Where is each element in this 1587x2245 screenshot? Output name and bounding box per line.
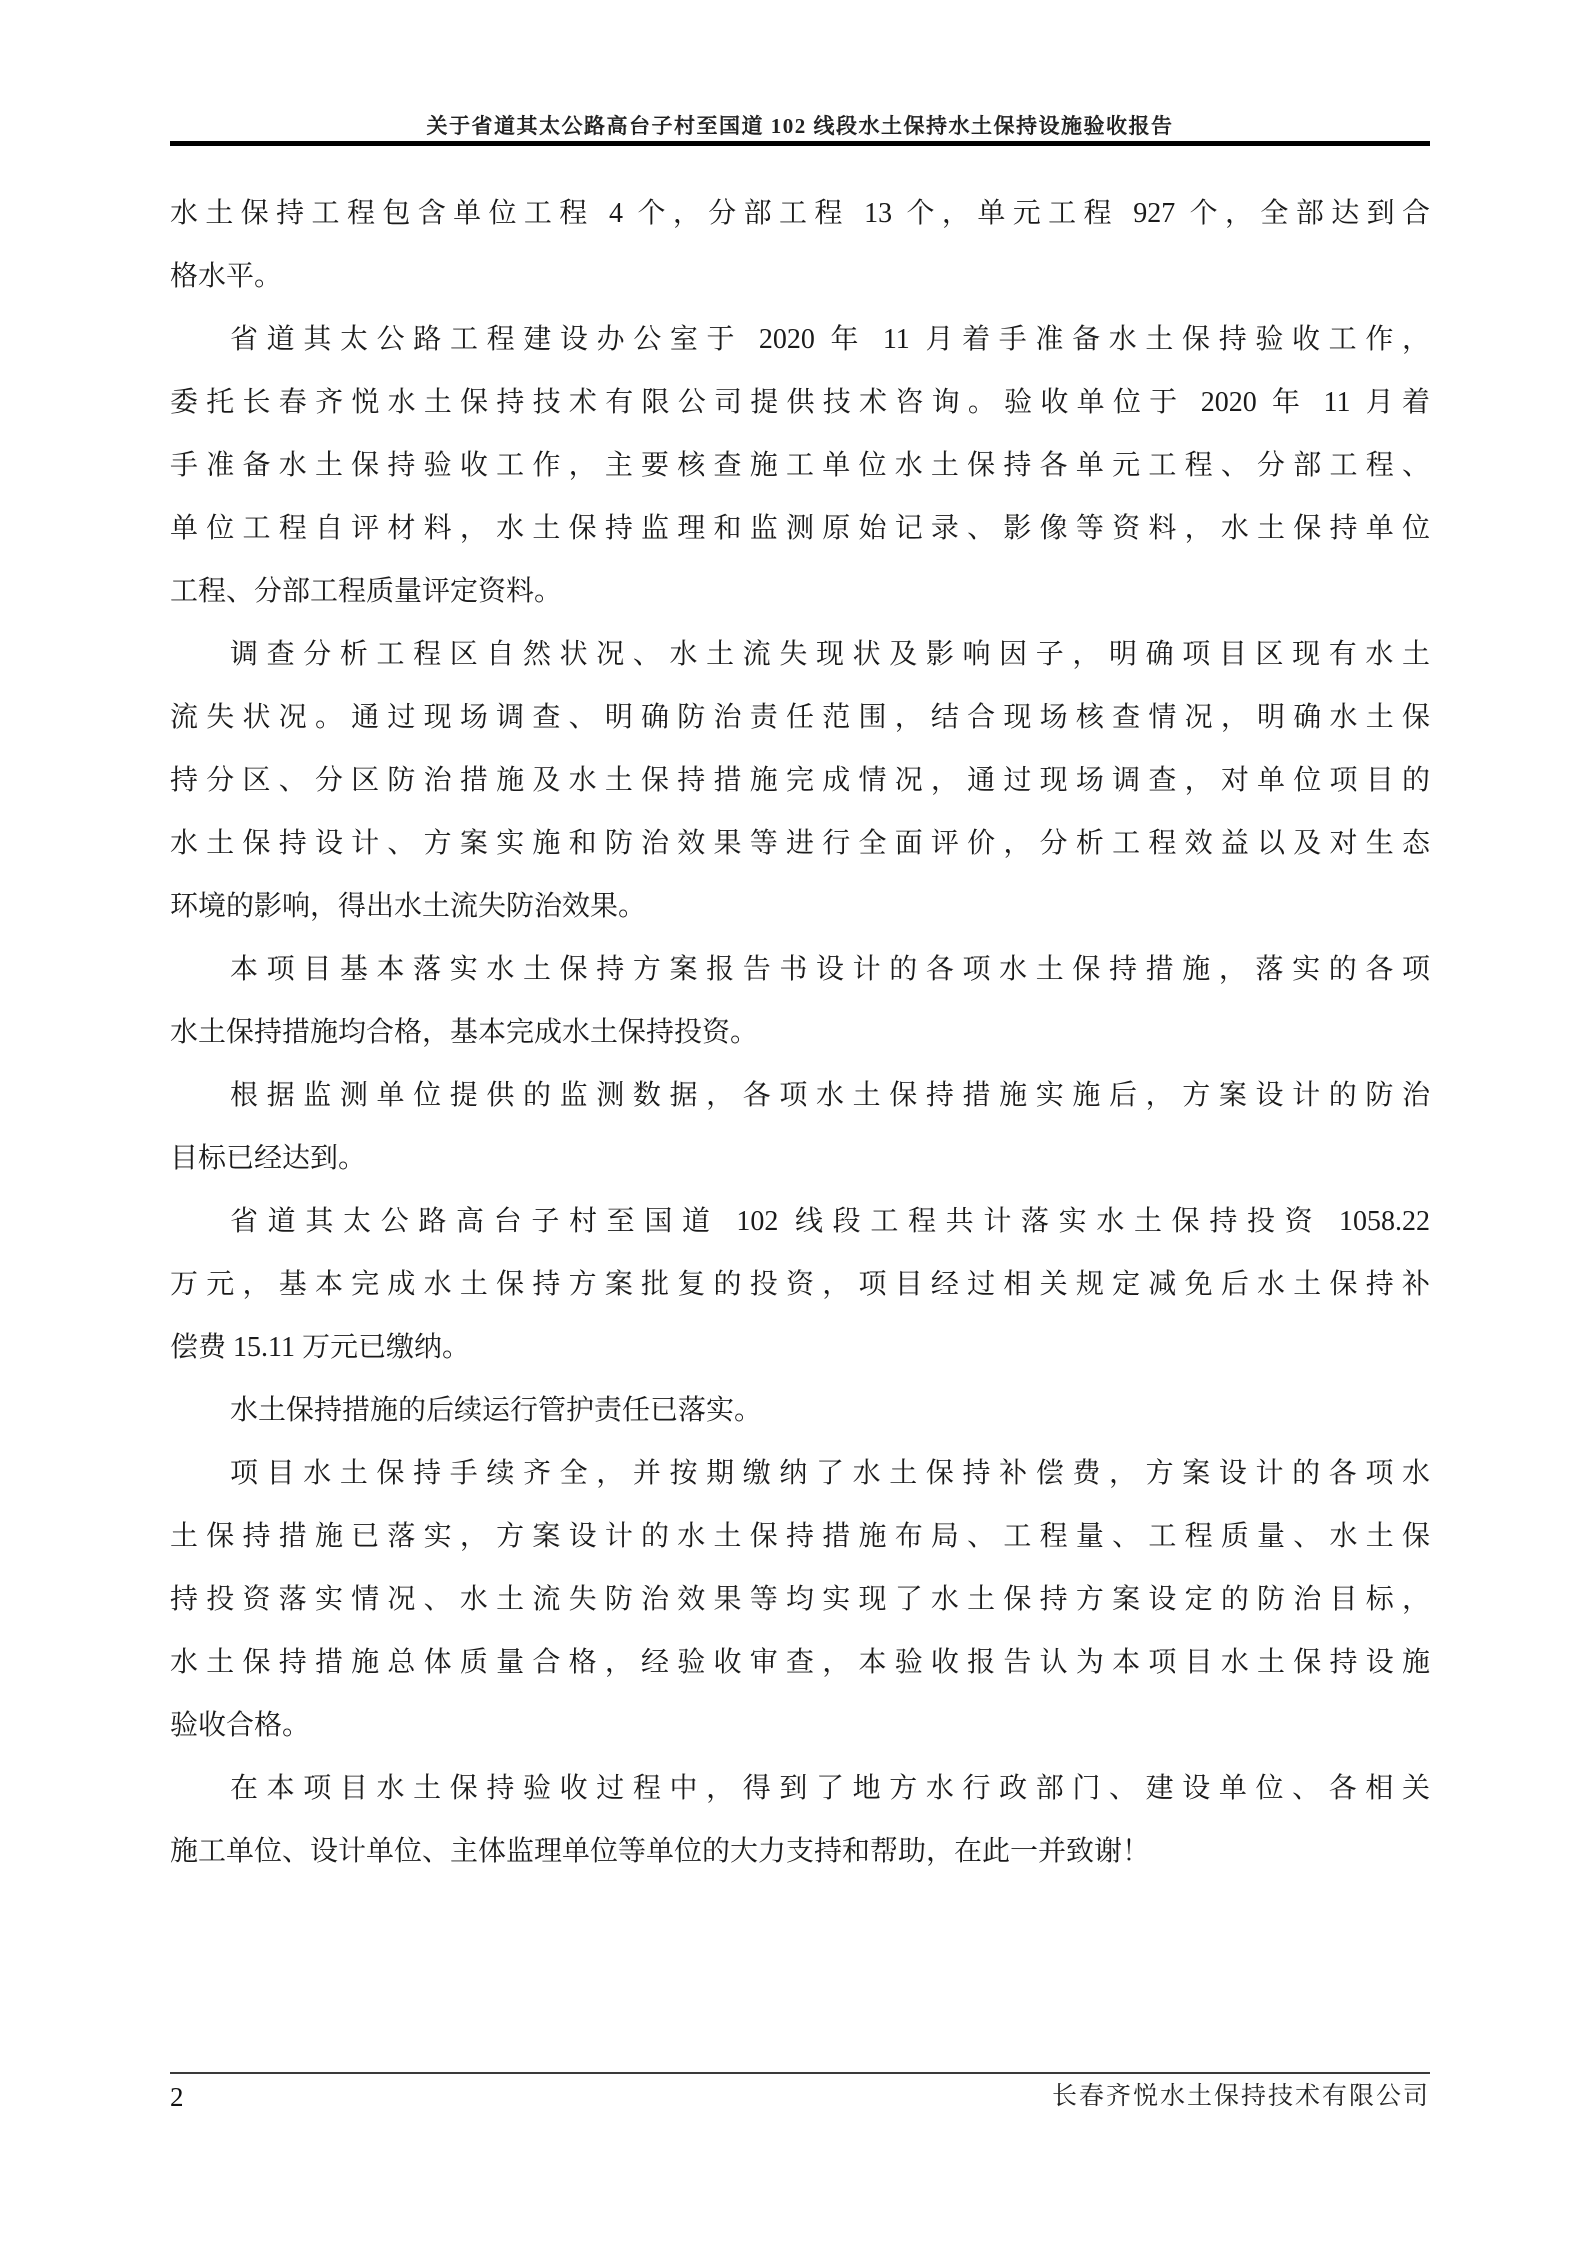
body-line: 水土保持措施总体质量合格，经验收审查，本验收报告认为本项目水土保持设施 (170, 1631, 1430, 1694)
paragraph: 根据监测单位提供的监测数据，各项水土保持措施实施后，方案设计的防治目标已经达到。 (170, 1064, 1430, 1190)
header-rule (170, 141, 1430, 146)
body-line: 在本项目水土保持验收过程中，得到了地方水行政部门、建设单位、各相关 (170, 1757, 1430, 1820)
page-number: 2 (170, 2080, 184, 2114)
body-line: 持分区、分区防治措施及水土保持措施完成情况，通过现场调查，对单位项目的 (170, 749, 1430, 812)
paragraph: 水土保持工程包含单位工程 4 个，分部工程 13 个，单元工程 927 个，全部… (170, 182, 1430, 308)
footer-rule (170, 2072, 1430, 2074)
body-line: 验收合格。 (170, 1694, 1430, 1757)
body-line: 单位工程自评材料，水土保持监理和监测原始记录、影像等资料，水土保持单位 (170, 497, 1430, 560)
body-line: 本项目基本落实水土保持方案报告书设计的各项水土保持措施，落实的各项 (170, 938, 1430, 1001)
body-line: 手准备水土保持验收工作，主要核查施工单位水土保持各单元工程、分部工程、 (170, 434, 1430, 497)
body-line: 持投资落实情况、水土流失防治效果等均实现了水土保持方案设定的防治目标， (170, 1568, 1430, 1631)
body-line: 格水平。 (170, 245, 1430, 308)
body-line: 环境的影响，得出水土流失防治效果。 (170, 875, 1430, 938)
paragraph: 水土保持措施的后续运行管护责任已落实。 (170, 1379, 1430, 1442)
body-line: 水土保持措施均合格，基本完成水土保持投资。 (170, 1001, 1430, 1064)
document-page: 关于省道其太公路高台子村至国道 102 线段水土保持水土保持设施验收报告 水土保… (0, 0, 1587, 2245)
paragraph: 项目水土保持手续齐全，并按期缴纳了水土保持补偿费，方案设计的各项水土保持措施已落… (170, 1442, 1430, 1757)
body-line: 水土保持工程包含单位工程 4 个，分部工程 13 个，单元工程 927 个，全部… (170, 182, 1430, 245)
paragraph: 调查分析工程区自然状况、水土流失现状及影响因子，明确项目区现有水土流失状况。通过… (170, 623, 1430, 938)
body-line: 水土保持设计、方案实施和防治效果等进行全面评价，分析工程效益以及对生态 (170, 812, 1430, 875)
body-line: 偿费 15.11 万元已缴纳。 (170, 1316, 1430, 1379)
body-line: 目标已经达到。 (170, 1127, 1430, 1190)
body-line: 工程、分部工程质量评定资料。 (170, 560, 1430, 623)
paragraph: 省道其太公路高台子村至国道 102 线段工程共计落实水土保持投资 1058.22… (170, 1190, 1430, 1379)
body-line: 流失状况。通过现场调查、明确防治责任范围，结合现场核查情况，明确水土保 (170, 686, 1430, 749)
body-line: 省道其太公路高台子村至国道 102 线段工程共计落实水土保持投资 1058.22 (170, 1190, 1430, 1253)
footer-company-name: 长春齐悦水土保持技术有限公司 (1052, 2080, 1430, 2114)
body-line: 水土保持措施的后续运行管护责任已落实。 (170, 1379, 1430, 1442)
paragraph: 省道其太公路工程建设办公室于 2020 年 11 月着手准备水土保持验收工作，委… (170, 308, 1430, 623)
paragraph: 在本项目水土保持验收过程中，得到了地方水行政部门、建设单位、各相关施工单位、设计… (170, 1757, 1430, 1883)
body-line: 省道其太公路工程建设办公室于 2020 年 11 月着手准备水土保持验收工作， (170, 308, 1430, 371)
page-footer: 2 长春齐悦水土保持技术有限公司 (170, 2080, 1430, 2114)
header-title: 关于省道其太公路高台子村至国道 102 线段水土保持水土保持设施验收报告 (170, 110, 1430, 140)
body-line: 万元，基本完成水土保持方案批复的投资，项目经过相关规定减免后水土保持补 (170, 1253, 1430, 1316)
body-line: 调查分析工程区自然状况、水土流失现状及影响因子，明确项目区现有水土 (170, 623, 1430, 686)
body-line: 施工单位、设计单位、主体监理单位等单位的大力支持和帮助，在此一并致谢！ (170, 1820, 1430, 1883)
paragraph: 本项目基本落实水土保持方案报告书设计的各项水土保持措施，落实的各项水土保持措施均… (170, 938, 1430, 1064)
body-line: 根据监测单位提供的监测数据，各项水土保持措施实施后，方案设计的防治 (170, 1064, 1430, 1127)
body-line: 土保持措施已落实，方案设计的水土保持措施布局、工程量、工程质量、水土保 (170, 1505, 1430, 1568)
body-line: 委托长春齐悦水土保持技术有限公司提供技术咨询。验收单位于 2020 年 11 月… (170, 371, 1430, 434)
body-line: 项目水土保持手续齐全，并按期缴纳了水土保持补偿费，方案设计的各项水 (170, 1442, 1430, 1505)
document-body: 水土保持工程包含单位工程 4 个，分部工程 13 个，单元工程 927 个，全部… (170, 182, 1430, 1883)
